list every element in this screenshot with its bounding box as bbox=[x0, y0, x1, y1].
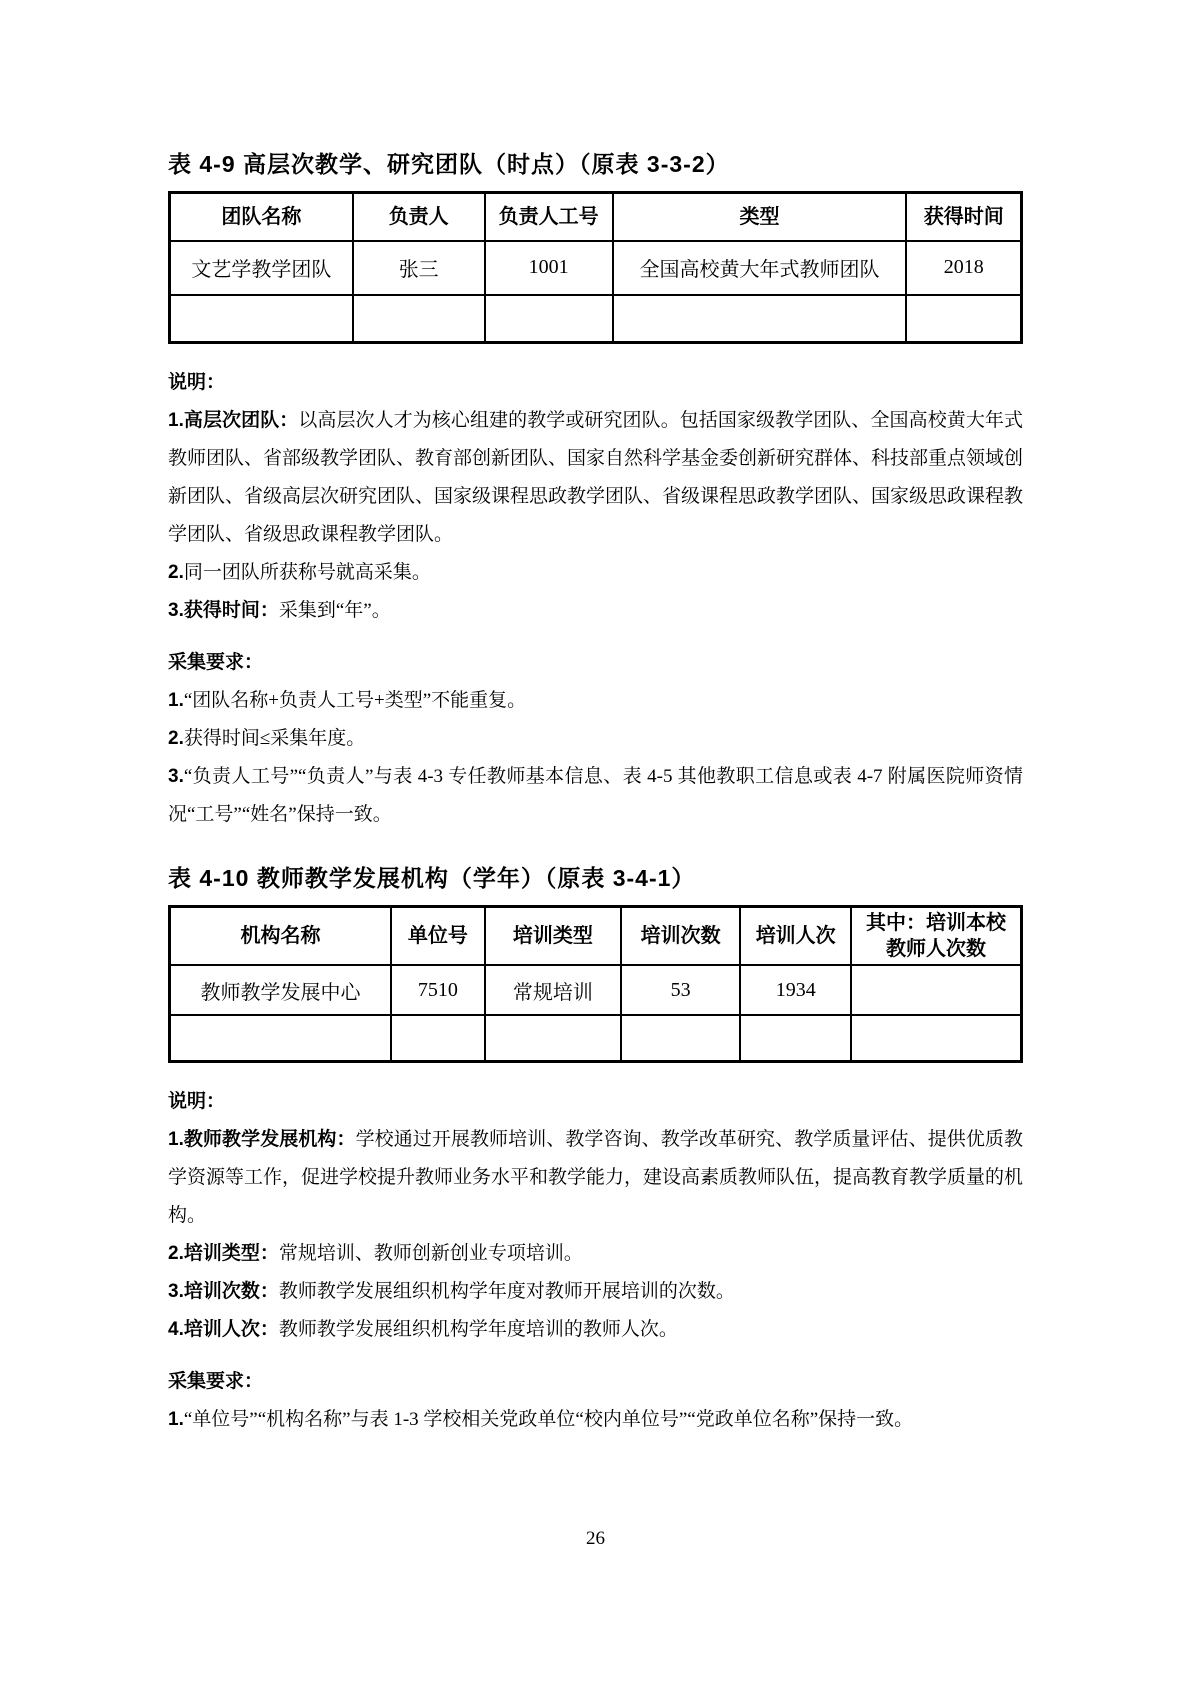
cell-training-type: 常规培训 bbox=[485, 965, 621, 1015]
note-label: 2. bbox=[168, 728, 184, 749]
header-leader-id: 负责人工号 bbox=[485, 193, 613, 241]
note-label: 4.培训人次： bbox=[168, 1319, 279, 1340]
note-text: “团队名称+负责人工号+类型”不能重复。 bbox=[184, 690, 526, 711]
table-4-10-title: 表 4-10 教师教学发展机构（学年）（原表 3-4-1） bbox=[168, 860, 1023, 893]
cell-unit-id: 7510 bbox=[391, 965, 485, 1015]
note-label: 3.获得时间： bbox=[168, 600, 279, 621]
header-unit-id: 单位号 bbox=[391, 907, 485, 966]
note-text: “单位号”“机构名称”与表 1-3 学校相关党政单位“校内单位号”“党政单位名称… bbox=[184, 1409, 913, 1430]
note-label: 3.培训次数： bbox=[168, 1281, 279, 1302]
table-row-empty bbox=[170, 1015, 1022, 1061]
cell-team-name: 文艺学教学团队 bbox=[170, 241, 353, 295]
cell-type: 全国高校黄大年式教师团队 bbox=[613, 241, 907, 295]
note-label: 1. bbox=[168, 1409, 184, 1430]
table-4-9-notes: 说明： 1.高层次团队：以高层次人才为核心组建的教学或研究团队。包括国家级教学团… bbox=[168, 364, 1023, 834]
document-page: 表 4-9 高层次教学、研究团队（时点）（原表 3-3-2） 团队名称 负责人 … bbox=[0, 0, 1191, 1684]
note-label: 2. bbox=[168, 562, 184, 583]
note-item: 3.获得时间：采集到“年”。 bbox=[168, 592, 1023, 630]
requirements-heading: 采集要求： bbox=[168, 644, 1023, 682]
cell-obtained-time: 2018 bbox=[906, 241, 1021, 295]
cell-empty bbox=[485, 1015, 621, 1061]
cell-training-count: 53 bbox=[621, 965, 740, 1015]
note-item: 3.培训次数：教师教学发展组织机构学年度对教师开展培训的次数。 bbox=[168, 1273, 1023, 1311]
cell-empty bbox=[621, 1015, 740, 1061]
requirement-item: 3.“负责人工号”“负责人”与表 4-3 专任教师基本信息、表 4-5 其他教职… bbox=[168, 758, 1023, 834]
cell-leader-id: 1001 bbox=[485, 241, 613, 295]
cell-org-name: 教师教学发展中心 bbox=[170, 965, 392, 1015]
note-text: 同一团队所获称号就高采集。 bbox=[184, 562, 431, 583]
cell-empty bbox=[170, 295, 353, 343]
notes-heading: 说明： bbox=[168, 364, 1023, 402]
table-header-row: 团队名称 负责人 负责人工号 类型 获得时间 bbox=[170, 193, 1022, 241]
header-team-name: 团队名称 bbox=[170, 193, 353, 241]
header-org-name: 机构名称 bbox=[170, 907, 392, 966]
note-label: 2.培训类型： bbox=[168, 1243, 279, 1264]
header-school-trainee-count: 其中：培训本校教师人次数 bbox=[851, 907, 1021, 966]
note-label: 1. bbox=[168, 690, 184, 711]
cell-empty bbox=[170, 1015, 392, 1061]
cell-empty bbox=[353, 295, 485, 343]
note-item: 1.教师教学发展机构：学校通过开展教师培训、教学咨询、教学改革研究、教学质量评估… bbox=[168, 1121, 1023, 1235]
note-text: 常规培训、教师创新创业专项培训。 bbox=[279, 1243, 583, 1264]
note-label: 3. bbox=[168, 766, 184, 787]
header-type: 类型 bbox=[613, 193, 907, 241]
note-text: 教师教学发展组织机构学年度培训的教师人次。 bbox=[279, 1319, 678, 1340]
note-item: 2.同一团队所获称号就高采集。 bbox=[168, 554, 1023, 592]
table-row: 教师教学发展中心 7510 常规培训 53 1934 bbox=[170, 965, 1022, 1015]
note-item: 4.培训人次：教师教学发展组织机构学年度培训的教师人次。 bbox=[168, 1311, 1023, 1349]
note-text: 获得时间≤采集年度。 bbox=[184, 728, 365, 749]
note-text: 教师教学发展组织机构学年度对教师开展培训的次数。 bbox=[279, 1281, 735, 1302]
header-training-type: 培训类型 bbox=[485, 907, 621, 966]
requirement-item: 2.获得时间≤采集年度。 bbox=[168, 720, 1023, 758]
requirement-item: 1.“团队名称+负责人工号+类型”不能重复。 bbox=[168, 682, 1023, 720]
header-leader: 负责人 bbox=[353, 193, 485, 241]
cell-empty bbox=[391, 1015, 485, 1061]
note-item: 1.高层次团队：以高层次人才为核心组建的教学或研究团队。包括国家级教学团队、全国… bbox=[168, 402, 1023, 554]
table-4-10: 机构名称 单位号 培训类型 培训次数 培训人次 其中：培训本校教师人次数 教师教… bbox=[168, 905, 1023, 1063]
page-number: 26 bbox=[0, 1528, 1191, 1550]
note-label: 1.高层次团队： bbox=[168, 410, 298, 431]
note-label: 1.教师教学发展机构： bbox=[168, 1129, 356, 1150]
table-4-10-notes: 说明： 1.教师教学发展机构：学校通过开展教师培训、教学咨询、教学改革研究、教学… bbox=[168, 1083, 1023, 1439]
note-item: 2.培训类型：常规培训、教师创新创业专项培训。 bbox=[168, 1235, 1023, 1273]
cell-trainee-count: 1934 bbox=[740, 965, 851, 1015]
table-4-9: 团队名称 负责人 负责人工号 类型 获得时间 文艺学教学团队 张三 1001 全… bbox=[168, 191, 1023, 344]
cell-empty bbox=[485, 295, 613, 343]
header-trainee-count: 培训人次 bbox=[740, 907, 851, 966]
cell-leader: 张三 bbox=[353, 241, 485, 295]
cell-empty bbox=[851, 1015, 1021, 1061]
table-header-row: 机构名称 单位号 培训类型 培训次数 培训人次 其中：培训本校教师人次数 bbox=[170, 907, 1022, 966]
header-training-count: 培训次数 bbox=[621, 907, 740, 966]
cell-school-trainee-count bbox=[851, 965, 1021, 1015]
table-row-empty bbox=[170, 295, 1022, 343]
cell-empty bbox=[740, 1015, 851, 1061]
table-row: 文艺学教学团队 张三 1001 全国高校黄大年式教师团队 2018 bbox=[170, 241, 1022, 295]
notes-heading: 说明： bbox=[168, 1083, 1023, 1121]
requirements-heading: 采集要求： bbox=[168, 1363, 1023, 1401]
requirement-item: 1.“单位号”“机构名称”与表 1-3 学校相关党政单位“校内单位号”“党政单位… bbox=[168, 1401, 1023, 1439]
header-obtained-time: 获得时间 bbox=[906, 193, 1021, 241]
page-content: 表 4-9 高层次教学、研究团队（时点）（原表 3-3-2） 团队名称 负责人 … bbox=[168, 146, 1023, 1439]
cell-empty bbox=[906, 295, 1021, 343]
note-text: 采集到“年”。 bbox=[279, 600, 391, 621]
note-text: “负责人工号”“负责人”与表 4-3 专任教师基本信息、表 4-5 其他教职工信… bbox=[168, 766, 1023, 825]
cell-empty bbox=[613, 295, 907, 343]
table-4-9-title: 表 4-9 高层次教学、研究团队（时点）（原表 3-3-2） bbox=[168, 146, 1023, 179]
